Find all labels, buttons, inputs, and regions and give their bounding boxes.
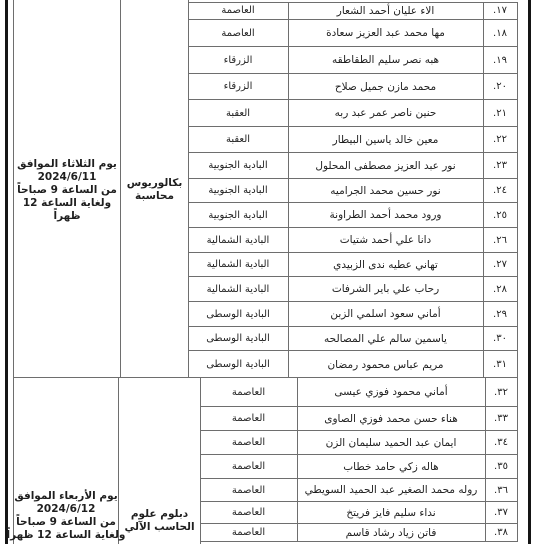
row-number: ٢٧.: [483, 253, 517, 276]
candidate-region: العاصمة: [200, 455, 297, 478]
candidate-name: هناء حسن محمد فوزي الصاوى: [297, 407, 485, 430]
candidate-name: مريم عباس محمود رمضان: [288, 351, 483, 378]
table-row: ١٩. هبه نصر سليم الطقاطقه الزرقاء: [188, 47, 517, 74]
candidate-region: البادية الشمالية: [188, 253, 288, 276]
row-number: ٣٤.: [485, 431, 517, 454]
candidate-region: العاصمة: [188, 20, 288, 46]
schedule-day-line: يوم الثلاثاء الموافق: [17, 158, 117, 171]
candidate-name: روله محمد الصغير عبد الحميد السويطي: [297, 479, 485, 501]
row-number: ١٨.: [483, 20, 517, 46]
candidate-region: العاصمة: [200, 502, 297, 523]
table-row: ٢٩. أماني سعود اسلمي الزبن البادية الوسط…: [188, 302, 517, 327]
schedule-date-line: 2024/6/11: [38, 171, 97, 184]
candidate-region: البادية الوسطى: [188, 327, 288, 350]
candidate-region: البادية الجنوبية: [188, 179, 288, 202]
candidate-name: تهاني عطيه ندى الزبيدي: [288, 253, 483, 276]
candidate-name: هبه نصر سليم الطقاطقه: [288, 47, 483, 73]
degree-line: الحاسب الآلي: [124, 521, 194, 534]
schedule-end-time-line: ولغاية الساعة 12 ظهراً: [7, 529, 126, 542]
table-row: ٣٠. ياسمين سالم علي المصالحه البادية الو…: [188, 327, 517, 351]
candidate-region: العاصمة: [200, 479, 297, 501]
row-number: ٣٥.: [485, 455, 517, 478]
candidate-region: البادية الوسطى: [188, 351, 288, 378]
candidate-name: ياسمين سالم علي المصالحه: [288, 327, 483, 350]
degree-line: دبلوم علوم: [131, 508, 188, 521]
outer-left-border: [5, 0, 8, 544]
table-row: ٢٥. ورود محمد أحمد الطراونة البادية الجن…: [188, 203, 517, 228]
candidate-name: أماني محمود فوزي عيسى: [297, 378, 485, 406]
degree-line: محاسبة: [135, 190, 174, 203]
table-row: ٣١. مريم عباس محمود رمضان البادية الوسطى: [188, 351, 517, 378]
degree-cell-accounting: بكالوريوس محاسبة: [121, 2, 188, 378]
schedule-start-time-line: من الساعة 9 صباحاً: [16, 516, 116, 529]
candidate-name: نداء سليم فايز فريتخ: [297, 502, 485, 523]
row-number: ٢١.: [483, 100, 517, 126]
candidate-region: الزرقاء: [188, 47, 288, 73]
candidate-name: دانا علي أحمد شتيات: [288, 228, 483, 252]
row-number: ٣١.: [483, 351, 517, 378]
row-number: ٢٥.: [483, 203, 517, 227]
candidate-region: العاصمة: [188, 2, 288, 19]
candidate-name: الاء عليان أحمد الشعار: [288, 2, 483, 19]
candidate-region: البادية الوسطى: [188, 302, 288, 326]
row-number: ٢٩.: [483, 302, 517, 326]
outer-right-border: [528, 0, 531, 544]
degree-cell-computer-science: دبلوم علوم الحاسب الآلي: [119, 378, 200, 544]
table-row: ٣٦. روله محمد الصغير عبد الحميد السويطي …: [200, 479, 517, 502]
table-row: ٣٧. نداء سليم فايز فريتخ العاصمة: [200, 502, 517, 524]
candidate-name: نور حسين محمد الجراميه: [288, 179, 483, 202]
row-number: ٣٧.: [485, 502, 517, 523]
table-row: ٢٢. معين خالد ياسين البيطار العقبة: [188, 127, 517, 153]
candidate-name: محمد مازن جميل صلاح: [288, 74, 483, 99]
row-number: ٣٦.: [485, 479, 517, 501]
candidate-region: العاصمة: [200, 431, 297, 454]
schedule-cell-tuesday: يوم الثلاثاء الموافق 2024/6/11 من الساعة…: [14, 2, 120, 378]
row-number: ٢٣.: [483, 153, 517, 178]
table-row: ١٧. الاء عليان أحمد الشعار العاصمة: [188, 2, 517, 20]
row-number: ٢٨.: [483, 277, 517, 301]
row-number: ١٩.: [483, 47, 517, 73]
table-row: ٢٤. نور حسين محمد الجراميه البادية الجنو…: [188, 179, 517, 203]
candidate-name: معين خالد ياسين البيطار: [288, 127, 483, 152]
candidate-name: ايمان عبد الحميد سليمان الزن: [297, 431, 485, 454]
row-number: ٢٢.: [483, 127, 517, 152]
candidate-region: الزرقاء: [188, 74, 288, 99]
candidate-name: فاتن زياد رشاد قاسم: [297, 524, 485, 541]
table-row: ٢٦. دانا علي أحمد شتيات البادية الشمالية: [188, 228, 517, 253]
table-row: ٢٨. رحاب علي باير الشرفات البادية الشمال…: [188, 277, 517, 302]
table-row: ٢٧. تهاني عطيه ندى الزبيدي البادية الشما…: [188, 253, 517, 277]
candidate-rows-section-1: ١٧. الاء عليان أحمد الشعار العاصمة ١٨. م…: [188, 2, 517, 378]
candidate-region: العقبة: [188, 100, 288, 126]
row-number: ٢٤.: [483, 179, 517, 202]
row-number: ٢٦.: [483, 228, 517, 252]
table-row: ١٨. مها محمد عبد العزيز سعادة العاصمة: [188, 20, 517, 47]
table-row: ٣٤. ايمان عبد الحميد سليمان الزن العاصمة: [200, 431, 517, 455]
row-number: ٢٠.: [483, 74, 517, 99]
row-number: ٣٢.: [485, 378, 517, 406]
candidate-rows-section-2: ٣٢. أماني محمود فوزي عيسى العاصمة ٣٣. هن…: [200, 378, 517, 542]
degree-line: بكالوريوس: [127, 177, 183, 190]
schedule-start-time-line: من الساعة 9 صباحاً: [17, 184, 117, 197]
candidate-name: مها محمد عبد العزيز سعادة: [288, 20, 483, 46]
candidate-name: رحاب علي باير الشرفات: [288, 277, 483, 301]
candidate-region: البادية الشمالية: [188, 228, 288, 252]
table-row: ٣٢. أماني محمود فوزي عيسى العاصمة: [200, 378, 517, 407]
candidate-name: ورود محمد أحمد الطراونة: [288, 203, 483, 227]
schedule-cell-wednesday: يوم الأربعاء الموافق 2024/6/12 من الساعة…: [14, 378, 118, 544]
table-row: ٣٥. هاله زكي حامد خطاب العاصمة: [200, 455, 517, 479]
table-row: ٣٣. هناء حسن محمد فوزي الصاوى العاصمة: [200, 407, 517, 431]
schedule-date-line: 2024/6/12: [37, 503, 96, 516]
table-row: ٢١. حنين ناصر عمر عبد ربه العقبة: [188, 100, 517, 127]
row-number: ٣٨.: [485, 524, 517, 541]
candidate-region: العاصمة: [200, 524, 297, 541]
candidate-region: العقبة: [188, 127, 288, 152]
scanned-schedule-table-page: يوم الثلاثاء الموافق 2024/6/11 من الساعة…: [0, 0, 544, 544]
table-right-line: [517, 2, 518, 542]
row-number: ١٧.: [483, 2, 517, 19]
row-number: ٣٠.: [483, 327, 517, 350]
table-row: ٢٣. نور عبد العزيز مصطفى المحلول البادية…: [188, 153, 517, 179]
candidate-region: العاصمة: [200, 407, 297, 430]
candidate-name: هاله زكي حامد خطاب: [297, 455, 485, 478]
schedule-noon-line: ظهراً: [54, 210, 81, 223]
table-row: ٣٨. فاتن زياد رشاد قاسم العاصمة: [200, 524, 517, 542]
candidate-region: البادية الجنوبية: [188, 153, 288, 178]
row-number: ٣٣.: [485, 407, 517, 430]
candidate-region: العاصمة: [200, 378, 297, 406]
schedule-day-line: يوم الأربعاء الموافق: [14, 490, 117, 503]
candidate-name: حنين ناصر عمر عبد ربه: [288, 100, 483, 126]
candidate-name: أماني سعود اسلمي الزبن: [288, 302, 483, 326]
schedule-end-time-line: ولغاية الساعة 12: [23, 197, 111, 210]
candidate-region: البادية الشمالية: [188, 277, 288, 301]
candidate-region: البادية الجنوبية: [188, 203, 288, 227]
table-row: ٢٠. محمد مازن جميل صلاح الزرقاء: [188, 74, 517, 100]
candidate-name: نور عبد العزيز مصطفى المحلول: [288, 153, 483, 178]
